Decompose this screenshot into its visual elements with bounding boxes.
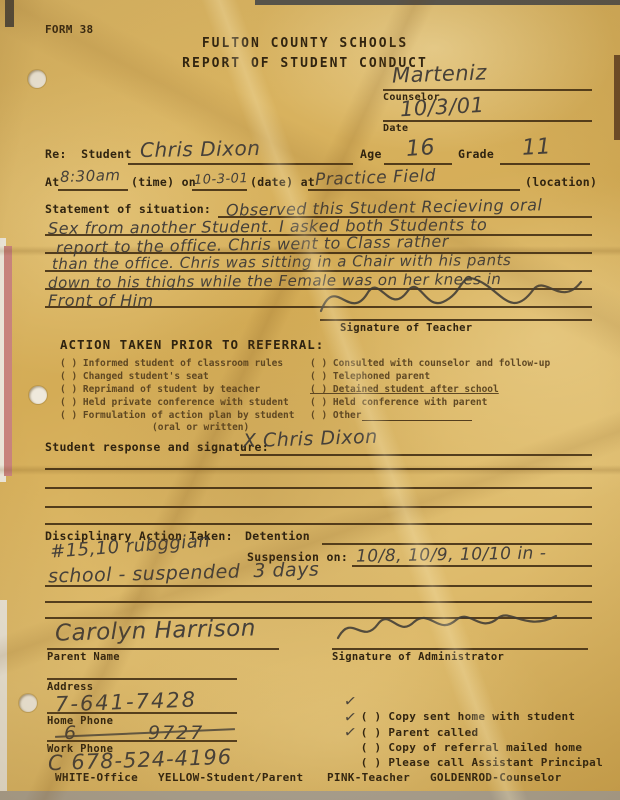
- student-conduct-form-scan: FORM 38 FULTON COUNTY SCHOOLS REPORT OF …: [0, 0, 620, 800]
- grade-handwriting: 11: [521, 134, 551, 160]
- location-label: (location): [525, 175, 597, 189]
- action-item-consulted-counselor: ( ) Consulted with counselor and follow-…: [310, 358, 550, 369]
- form-line: [240, 454, 592, 456]
- scan-edge-bottom: [0, 791, 620, 800]
- age-handwriting: 16: [405, 135, 436, 162]
- time-on-label: (time) on: [131, 175, 196, 189]
- form-line: [383, 89, 592, 91]
- incident-date-handwriting: 10-3-01: [194, 171, 249, 188]
- action-section-heading: ACTION TAKEN PRIOR TO REFERRAL:: [60, 337, 324, 352]
- form-title-line1: FULTON COUNTY SCHOOLS: [202, 36, 408, 51]
- underlying-pink-sheet: [4, 246, 12, 476]
- form-line: [192, 189, 247, 191]
- date-label: Date: [383, 123, 408, 134]
- footer-copy-white: WHITE-Office: [55, 771, 138, 784]
- hole-punch: [19, 694, 37, 712]
- student-response-signature: X Chris Dixon: [243, 426, 378, 453]
- action-item-detained-after-school: ( ) Detained student after school: [310, 384, 499, 395]
- form-line: [320, 319, 592, 321]
- form-line: [45, 523, 592, 525]
- action-item-action-plan: ( ) Formulation of action plan by studen…: [60, 410, 295, 421]
- action-item-private-conference: ( ) Held private conference with student: [60, 397, 289, 408]
- form-line: [384, 163, 452, 165]
- location-handwriting: Practice Field: [315, 166, 437, 190]
- action-item-reprimand: ( ) Reprimand of student by teacher: [60, 384, 260, 395]
- form-line: [45, 468, 592, 470]
- action-item-telephoned-parent: ( ) Telephoned parent: [310, 371, 430, 382]
- paper-fold-crease: [0, 465, 620, 475]
- form-line: [45, 487, 592, 489]
- strikethrough-mark: [55, 728, 235, 738]
- administrator-signature-label: Signature of Administrator: [332, 651, 504, 663]
- hole-punch: [29, 386, 47, 404]
- teacher-signature: [315, 266, 595, 322]
- form-line: [47, 648, 279, 650]
- form-line: [45, 601, 592, 603]
- action-item-conference-parent: ( ) Held conference with parent: [310, 397, 487, 408]
- footer-copy-goldenrod: GOLDENROD-Counselor: [430, 771, 562, 784]
- time-handwriting: 8:30am: [60, 166, 121, 186]
- detention-label: Detention: [245, 529, 310, 543]
- checkbox-label: Please call Assistant Principal: [388, 756, 603, 769]
- form-line: [128, 163, 353, 165]
- checkbox-parens: ( ): [361, 756, 382, 769]
- statement-label: Statement of situation:: [45, 202, 211, 216]
- parent-name-label: Parent Name: [47, 651, 120, 663]
- teacher-signature-label: Signature of Teacher: [340, 322, 472, 334]
- form-line: [47, 740, 237, 742]
- date-handwriting: 10/3/01: [399, 93, 485, 121]
- form-line: [383, 120, 592, 122]
- hole-punch: [28, 70, 46, 88]
- grade-label: Grade: [458, 147, 494, 161]
- scan-edge-right: [614, 55, 620, 140]
- scan-edge-left-bottom: [0, 600, 7, 795]
- form-line: [362, 420, 472, 421]
- check-mark: ✓: [343, 722, 358, 742]
- form-line: [47, 712, 237, 714]
- suspension-continued-handwriting: school - suspended 3 days: [48, 558, 320, 587]
- student-response-label: Student response and signature:: [45, 440, 269, 454]
- form-line: [500, 163, 590, 165]
- action-item-oral-written-note: (oral or written): [152, 422, 249, 433]
- footer-copy-pink: PINK-Teacher: [327, 771, 410, 784]
- student-name-handwriting: Chris Dixon: [140, 136, 261, 162]
- action-item-other: ( ) Other: [310, 410, 361, 421]
- suspension-dates-handwriting: 10/8, 10/9, 10/10 in -: [356, 543, 547, 566]
- action-item-informed-rules: ( ) Informed student of classroom rules: [60, 358, 283, 369]
- statement-handwriting-line6: Front of Him: [48, 291, 154, 310]
- form-number: FORM 38: [45, 23, 93, 36]
- re-student-label: Re: Student: [45, 147, 132, 161]
- action-item-changed-seat: ( ) Changed student's seat: [60, 371, 209, 382]
- form-line: [308, 189, 520, 191]
- administrator-signature: [330, 608, 570, 650]
- scan-edge-top: [255, 0, 620, 5]
- form-line: [332, 648, 588, 650]
- date-at-label: (date) at: [250, 175, 315, 189]
- form-line: [47, 678, 237, 680]
- at-label: At: [45, 175, 59, 189]
- age-label: Age: [360, 147, 382, 161]
- scan-edge-top-left: [5, 0, 14, 27]
- footer-copy-yellow: YELLOW-Student/Parent: [158, 771, 303, 784]
- counselor-name-handwriting: Marteniz: [392, 60, 488, 87]
- parent-name-handwriting: Carolyn Harrison: [55, 615, 257, 646]
- home-phone-label: Home Phone: [47, 715, 113, 727]
- form-line: [58, 189, 128, 191]
- form-line: [45, 506, 592, 508]
